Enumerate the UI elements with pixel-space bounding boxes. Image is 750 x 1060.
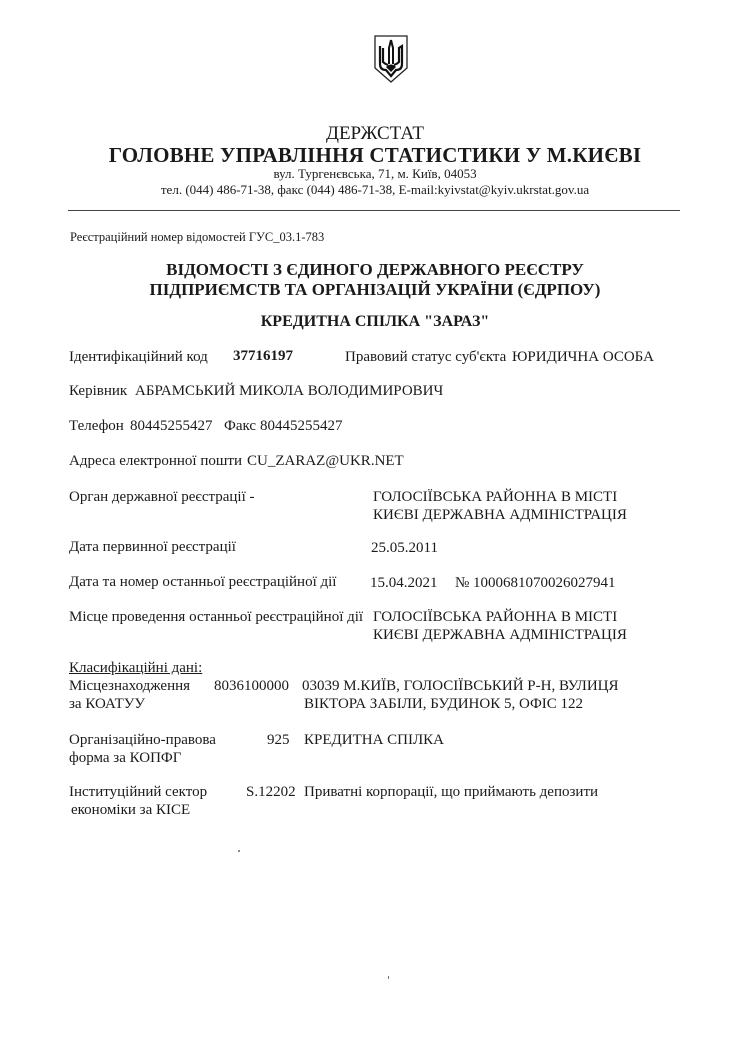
kise-value: Приватні корпорації, що приймають депози… xyxy=(304,784,598,801)
reg-authority-line1: ГОЛОСІЇВСЬКА РАЙОННА В МІСТІ xyxy=(373,489,617,506)
koatuu-value-line2: ВІКТОРА ЗАБІЛИ, БУДИНОК 5, ОФІС 122 xyxy=(304,696,583,713)
koatuu-label-line2: за КОАТУУ xyxy=(69,696,145,713)
legal-status-value: ЮРИДИЧНА ОСОБА xyxy=(512,349,654,366)
fax-label: Факс xyxy=(224,418,256,435)
kise-code: S.12202 xyxy=(246,784,296,801)
organization-name: КРЕДИТНА СПІЛКА "ЗАРАЗ" xyxy=(0,313,750,331)
first-reg-date-value: 25.05.2011 xyxy=(371,540,438,557)
last-action-place-line2: КИЄВІ ДЕРЖАВНА АДМІНІСТРАЦІЯ xyxy=(373,627,627,644)
last-action-number: № 1000681070026027941 xyxy=(455,575,616,592)
department-name: ГОЛОВНЕ УПРАВЛІННЯ СТАТИСТИКИ У М.КИЄВІ xyxy=(0,143,750,168)
last-action-date: 15.04.2021 xyxy=(370,575,438,592)
koatuu-label-line1: Місцезнаходження xyxy=(69,678,190,695)
kopfg-label-line2: форма за КОПФГ xyxy=(69,750,181,767)
last-action-place-label: Місце проведення останньої реєстраційної… xyxy=(69,609,363,626)
registration-number: Реєстраційний номер відомостей ГУС_03.1-… xyxy=(70,230,324,245)
last-action-place-line1: ГОЛОСІЇВСЬКА РАЙОННА В МІСТІ xyxy=(373,609,617,626)
koatuu-code: 8036100000 xyxy=(214,678,289,695)
kise-label-line2: економіки за КІСЕ xyxy=(71,802,190,819)
last-action-label: Дата та номер останньої реєстраційної ді… xyxy=(69,574,336,591)
classification-heading: Класифікаційні дані: xyxy=(69,660,202,677)
phone-value: 80445255427 xyxy=(130,418,213,435)
head-value: АБРАМСЬКИЙ МИКОЛА ВОЛОДИМИРОВИЧ xyxy=(135,383,443,400)
header-divider xyxy=(68,210,680,211)
kise-label-line1: Інституційний сектор xyxy=(69,784,207,801)
id-code-value: 37716197 xyxy=(233,348,293,365)
document-title-line2: ПІДПРИЄМСТВ ТА ОРГАНІЗАЦІЙ УКРАЇНИ (ЄДРП… xyxy=(0,280,750,300)
head-label: Керівник xyxy=(69,383,127,400)
koatuu-value-line1: 03039 М.КИЇВ, ГОЛОСІЇВСЬКИЙ Р-Н, ВУЛИЦЯ xyxy=(302,678,619,695)
scan-speck xyxy=(388,976,389,979)
phone-label: Телефон xyxy=(69,418,124,435)
agency-name: ДЕРЖСТАТ xyxy=(0,123,750,145)
scan-speck xyxy=(238,850,240,852)
kopfg-label-line1: Організаційно-правова xyxy=(69,732,216,749)
reg-authority-line2: КИЄВІ ДЕРЖАВНА АДМІНІСТРАЦІЯ xyxy=(373,507,627,524)
department-contacts: тел. (044) 486-71-38, факс (044) 486-71-… xyxy=(0,182,750,198)
document-title-line1: ВІДОМОСТІ З ЄДИНОГО ДЕРЖАВНОГО РЕЄСТРУ xyxy=(0,260,750,280)
first-reg-date-label: Дата первинної реєстрації xyxy=(69,539,236,556)
email-value: CU_ZARAZ@UKR.NET xyxy=(247,453,404,470)
email-label: Адреса електронної пошти xyxy=(69,453,242,470)
department-address: вул. Тургенєвська, 71, м. Київ, 04053 xyxy=(0,166,750,182)
kopfg-value: КРЕДИТНА СПІЛКА xyxy=(304,732,444,749)
kopfg-code: 925 xyxy=(267,732,290,749)
legal-status-label: Правовий статус суб'єкта xyxy=(345,349,506,366)
ukraine-trident-emblem-icon xyxy=(373,34,409,84)
reg-authority-label: Орган державної реєстрації - xyxy=(69,489,255,506)
fax-value: 80445255427 xyxy=(260,418,343,435)
id-code-label: Ідентифікаційний код xyxy=(69,349,208,366)
